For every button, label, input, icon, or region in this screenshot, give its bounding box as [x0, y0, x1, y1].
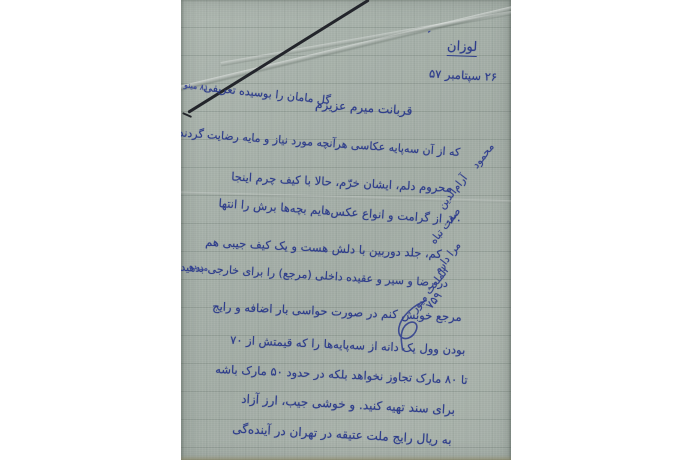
- handwriting-line: به ریال رایج ملت عتیقه در تهران در آینده…: [232, 422, 452, 447]
- handwriting-line: محروم دلم، ایشان خرّم، حالا با کیف چرم ا…: [231, 169, 452, 195]
- letter-paper: ، لوزان ۲۶ سپتامبر ۵۷ ۸۱ مینو گل مامان ر…: [181, 0, 511, 460]
- date-line: ۲۶ سپتامبر ۵۷: [429, 66, 498, 84]
- scanned-letter-page: ، لوزان ۲۶ سپتامبر ۵۷ ۸۱ مینو گل مامان ر…: [0, 0, 700, 460]
- handwriting-line: بودن وول یک دانه از سه‌پایه‌ها را که قیم…: [230, 333, 466, 357]
- greeting-left-segment: گل مامان را بوسیده تعریفی: [203, 81, 331, 107]
- place-name: لوزان: [447, 39, 478, 57]
- greeting-right-segment: قربانت میرم عزیزم: [314, 97, 412, 118]
- handwriting-line: ۲۰، از گرامت و انواع عکس‌هایم بچه‌ها برش…: [218, 196, 462, 227]
- handwriting-line: در رضا و سیر و عقیده داخلی (مرجع) را برا…: [181, 261, 448, 290]
- ink-tick-mark: ،: [425, 25, 435, 36]
- crease-line: [221, 6, 511, 66]
- handwriting-line: که از آن سه‌پایه عکاسی هرآنچه مورد نیاز …: [181, 126, 460, 159]
- handwriting-line: تا ۸۰ مارک تجاوز نخواهد بلکه در حدود ۵۰ …: [215, 362, 468, 387]
- paper-bottom-edge: [181, 455, 511, 460]
- margin-note-line: محمود: [470, 141, 497, 171]
- handwriting-line: کم، جلد دوربین با دلش هست و یک کیف جیبی …: [205, 235, 442, 261]
- handwriting-line: برای سند تهیه کنید. و خوشی جیب، ارز آزاد: [241, 392, 456, 417]
- diagonal-pen-line-hook: [182, 112, 192, 118]
